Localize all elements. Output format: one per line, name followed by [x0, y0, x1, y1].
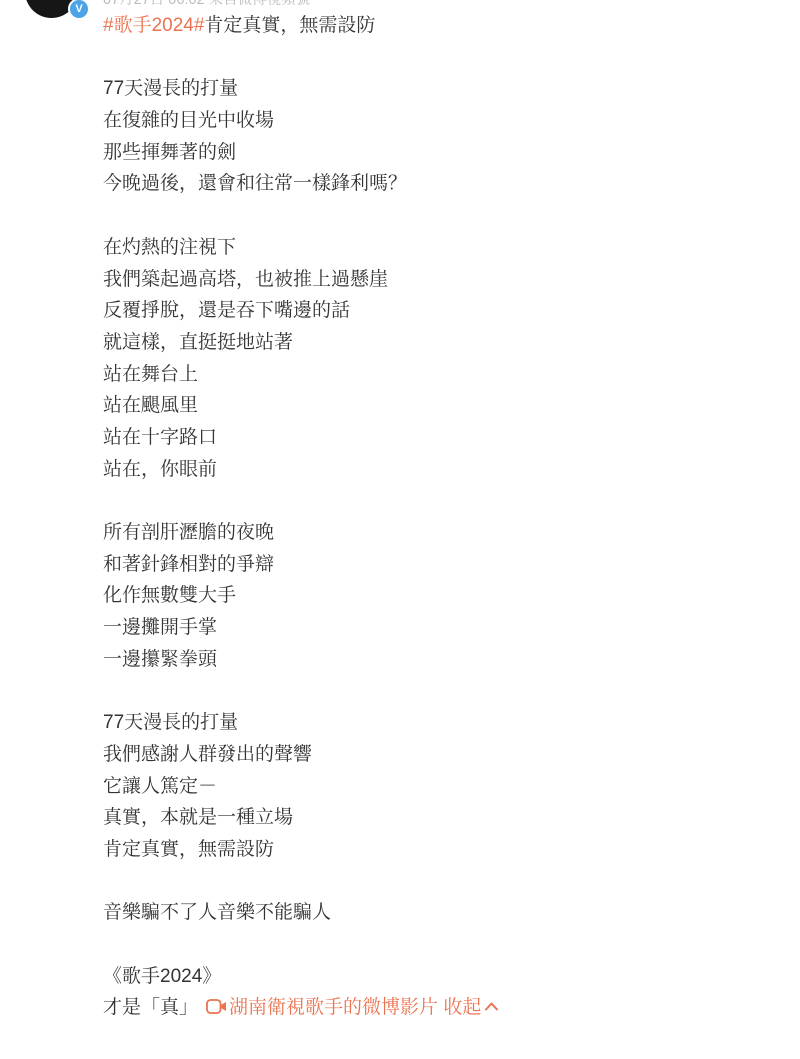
poem-line: 我們築起過高塔，也被推上過懸崖	[103, 264, 793, 296]
poem-line: 一邊攤開手掌	[103, 612, 793, 644]
video-link-label: 湖南衛視歌手的微博影片	[229, 997, 438, 1018]
poem-line: 77天漫長的打量	[103, 73, 793, 105]
poem-line: 在灼熱的注視下	[103, 232, 793, 264]
topic-hashtag-link[interactable]: #歌手2024#	[103, 15, 204, 36]
poem-line: 77天漫長的打量	[103, 707, 793, 739]
poem-line: 站在，你眼前	[103, 454, 793, 486]
poem-line: 我們感謝人群發出的聲響	[103, 739, 793, 771]
poem-line: 今晚過後，還會和往常一樣鋒利嗎？	[103, 168, 793, 200]
poem-line: 就這樣，直挺挺地站著	[103, 327, 793, 359]
poem-line: 站在舞台上	[103, 359, 793, 391]
post-title-line: #歌手2024#肯定真實，無需設防	[103, 10, 793, 42]
poem-line: 一邊攥緊拳頭	[103, 644, 793, 676]
post-timestamp: 07月27日 06:02 來自微博視頻號	[103, 0, 310, 7]
verified-badge-icon: V	[68, 0, 90, 20]
poem-line	[103, 929, 793, 961]
poem-line: 反覆掙脫，還是吞下嘴邊的話	[103, 295, 793, 327]
poem-line: 站在颶風里	[103, 390, 793, 422]
poem-line: 音樂騙不了人音樂不能騙人	[103, 897, 793, 929]
poem-line	[103, 675, 793, 707]
poem-line: 肯定真實，無需設防	[103, 834, 793, 866]
poem-line: 《歌手2024》	[103, 961, 793, 993]
poem-line	[103, 200, 793, 232]
poem-line: 站在十字路口	[103, 422, 793, 454]
poem-line	[103, 485, 793, 517]
poem-line: 它讓人篤定－	[103, 771, 793, 803]
post-title-text: 肯定真實，無需設防	[204, 15, 375, 36]
collapse-label: 收起	[443, 997, 481, 1018]
poem-line: 在復雜的目光中收場	[103, 105, 793, 137]
poem-line: 那些揮舞著的劍	[103, 137, 793, 169]
post-footer-line: 才是「真」湖南衛視歌手的微博影片 收起	[103, 992, 793, 1024]
poem-line: 所有剖肝瀝膽的夜晚	[103, 517, 793, 549]
post-content: #歌手2024#肯定真實，無需設防 77天漫長的打量 在復雜的目光中收場 那些揮…	[103, 10, 793, 1024]
weibo-post-screen: V 07月27日 06:02 來自微博視頻號 #歌手2024#肯定真實，無需設防…	[0, 0, 800, 1059]
footer-prefix-text: 才是「真」	[103, 997, 198, 1018]
collapse-link[interactable]: 收起	[443, 997, 499, 1018]
poem-line: 和著針鋒相對的爭辯	[103, 549, 793, 581]
poem-line	[103, 866, 793, 898]
poem-line: 化作無數雙大手	[103, 580, 793, 612]
chevron-up-icon	[484, 1001, 499, 1012]
video-camera-icon	[206, 998, 227, 1015]
video-link[interactable]: 湖南衛視歌手的微博影片	[198, 997, 438, 1018]
poem-line	[103, 42, 793, 74]
poem-line: 真實，本就是一種立場	[103, 802, 793, 834]
